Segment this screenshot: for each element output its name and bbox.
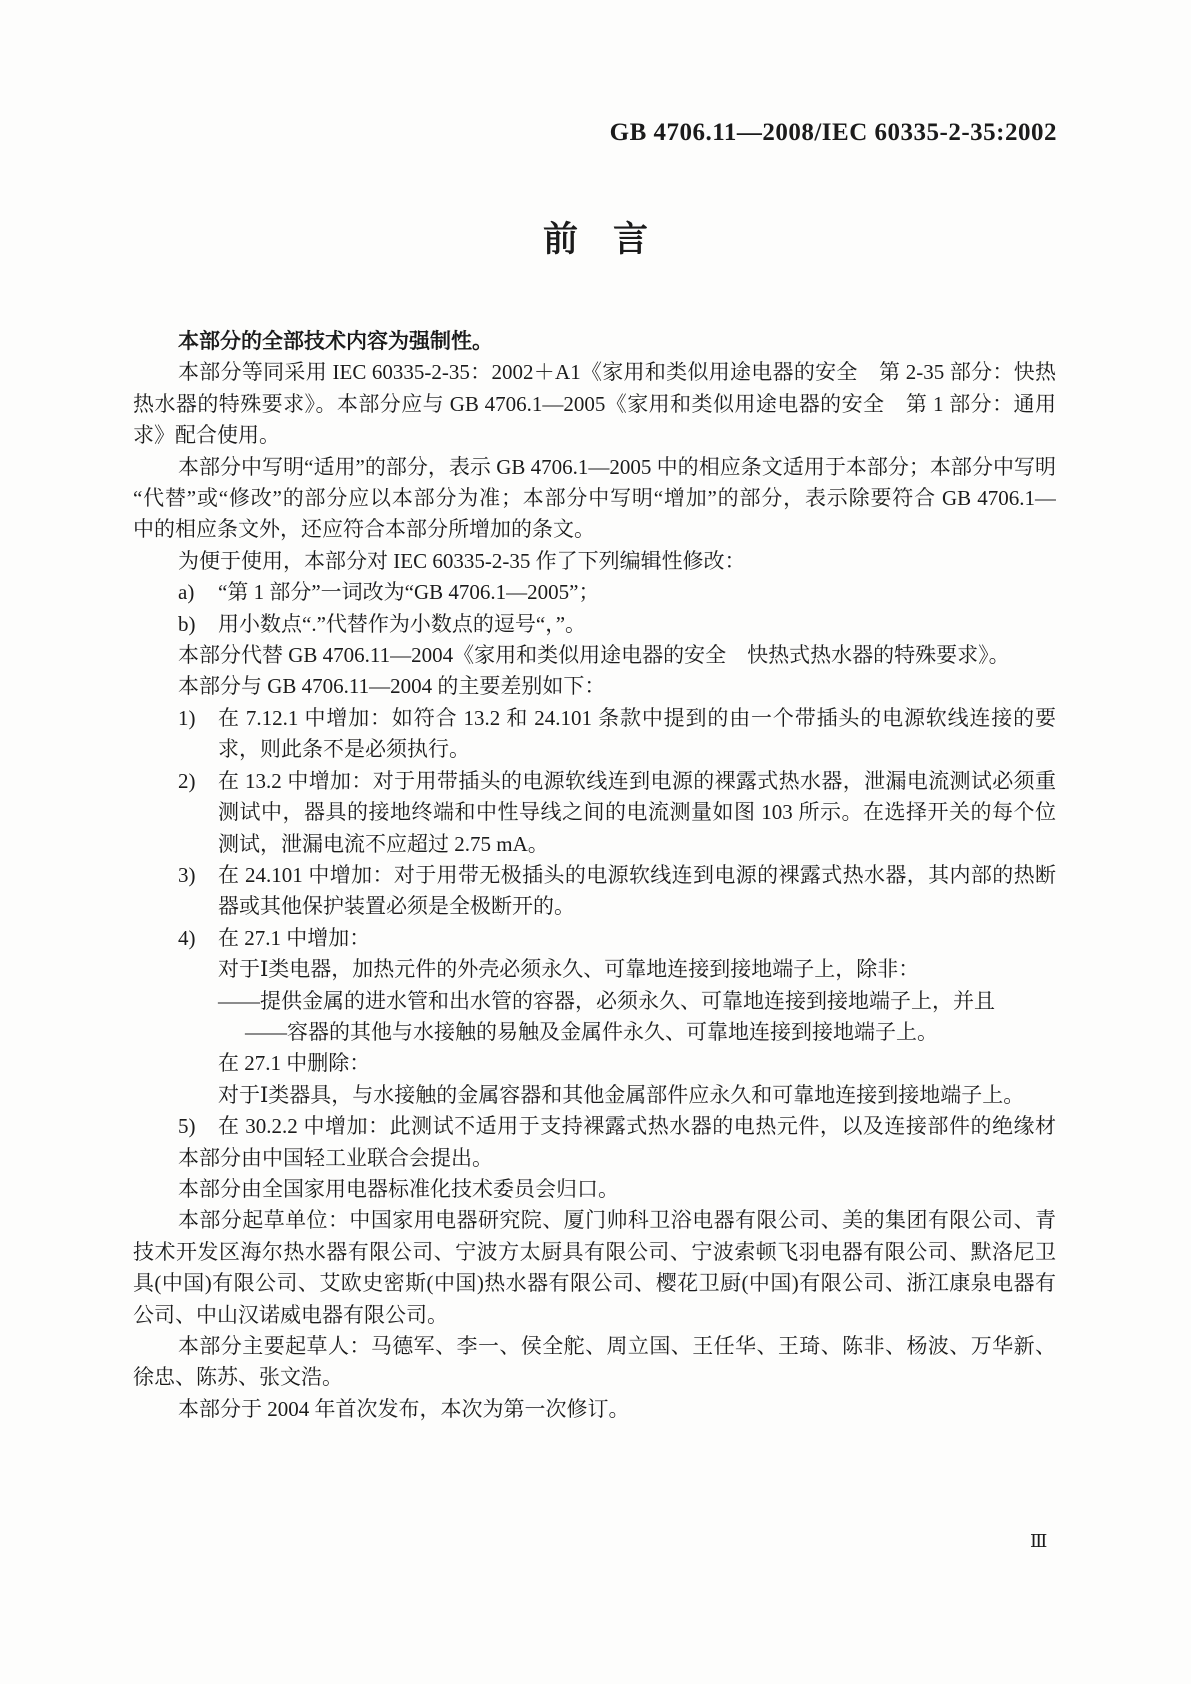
line-text: 本部分代替 GB 4706.11—2004《家用和类似用途电器的安全 快热式热水…: [178, 643, 1010, 667]
page-number: Ⅲ: [1030, 1530, 1047, 1552]
text-line: 本部分由全国家用电器标准化技术委员会归口。: [133, 1174, 1056, 1205]
line-text: ——提供金属的进水管和出水管的容器，必须永久、可靠地连接到接地端子上，并且: [218, 989, 995, 1013]
text-line: 对于Ⅰ类电器，加热元件的外壳必须永久、可靠地连接到接地端子上，除非：: [133, 954, 1056, 985]
document-page: GB 4706.11—2008/IEC 60335-2-35:2002 前 言 …: [0, 0, 1191, 1684]
list-marker: 5): [178, 1111, 196, 1142]
line-text: 本部分由中国轻工业联合会提出。: [178, 1146, 493, 1170]
list-marker: 1): [178, 703, 196, 734]
line-text: 中的相应条文外，还应符合本部分所增加的条文。: [133, 517, 595, 541]
line-text: 测试中，器具的接地终端和中性导线之间的电流测量如图 103 所示。在选择开关的每…: [218, 800, 1056, 828]
text-line: 对于Ⅰ类器具，与水接触的金属容器和其他金属部件应永久和可靠地连接到接地端子上。: [133, 1080, 1056, 1111]
line-text: “代替”或“修改”的部分应以本部分为准；本部分中写明“增加”的部分，表示除要符合…: [133, 486, 1056, 514]
standard-code: GB 4706.11—2008/IEC 60335-2-35:2002: [610, 118, 1057, 148]
text-line: 求》配合使用。: [133, 420, 1056, 451]
line-text: 热水器的特殊要求》。本部分应与 GB 4706.1—2005《家用和类似用途电器…: [133, 392, 1056, 420]
line-text: ——容器的其他与水接触的易触及金属件永久、可靠地连接到接地端子上。: [245, 1020, 938, 1044]
text-line: 本部分代替 GB 4706.11—2004《家用和类似用途电器的安全 快热式热水…: [133, 640, 1056, 671]
text-line: ——提供金属的进水管和出水管的容器，必须永久、可靠地连接到接地端子上，并且: [133, 986, 1056, 1017]
line-text: 器或其他保护装置必须是全极断开的。: [218, 894, 575, 918]
text-line: 1)在 7.12.1 中增加：如符合 13.2 和 24.101 条款中提到的由…: [133, 703, 1056, 734]
text-line: 本部分起草单位：中国家用电器研究院、厦门帅科卫浴电器有限公司、美的集团有限公司、…: [133, 1205, 1056, 1236]
line-text: 本部分中写明“适用”的部分，表示 GB 4706.1—2005 中的相应条文适用…: [178, 455, 1056, 479]
text-line: 本部分于 2004 年首次发布，本次为第一次修订。: [133, 1394, 1056, 1425]
text-line: 测试，泄漏电流不应超过 2.75 mA。: [133, 829, 1056, 860]
line-text: 在 27.1 中增加：: [218, 926, 370, 950]
line-text: 本部分的全部技术内容为强制性。: [178, 330, 493, 353]
text-line: 本部分的全部技术内容为强制性。: [133, 326, 1056, 357]
list-marker: a): [178, 577, 194, 608]
line-text: 测试，泄漏电流不应超过 2.75 mA。: [218, 832, 549, 856]
list-marker: 2): [178, 766, 196, 797]
line-text: 本部分由全国家用电器标准化技术委员会归口。: [178, 1177, 619, 1201]
text-line: 测试中，器具的接地终端和中性导线之间的电流测量如图 103 所示。在选择开关的每…: [133, 797, 1056, 828]
line-text: 用小数点“.”代替作为小数点的逗号“，”。: [218, 612, 586, 636]
line-text: 具(中国)有限公司、艾欧史密斯(中国)热水器有限公司、樱花卫厨(中国)有限公司、…: [133, 1271, 1056, 1299]
line-text: 求》配合使用。: [133, 423, 280, 447]
text-line: 本部分等同采用 IEC 60335-2-35：2002＋A1《家用和类似用途电器…: [133, 357, 1056, 388]
line-text: 为便于使用，本部分对 IEC 60335-2-35 作了下列编辑性修改：: [178, 549, 746, 573]
text-line: 在 27.1 中删除：: [133, 1048, 1056, 1079]
line-text: 在 24.101 中增加：对于用带无极插头的电源软线连到电源的裸露式热水器，其内…: [218, 863, 1056, 891]
text-line: 热水器的特殊要求》。本部分应与 GB 4706.1—2005《家用和类似用途电器…: [133, 389, 1056, 420]
text-line: 本部分主要起草人：马德军、李一、侯全舵、周立国、王任华、王琦、陈非、杨波、万华新…: [133, 1331, 1056, 1362]
text-line: 具(中国)有限公司、艾欧史密斯(中国)热水器有限公司、樱花卫厨(中国)有限公司、…: [133, 1268, 1056, 1299]
text-line: 器或其他保护装置必须是全极断开的。: [133, 891, 1056, 922]
line-text: 在 27.1 中删除：: [218, 1051, 370, 1075]
line-text: 本部分主要起草人：马德军、李一、侯全舵、周立国、王任华、王琦、陈非、杨波、万华新…: [178, 1334, 1056, 1362]
text-line: 3)在 24.101 中增加：对于用带无极插头的电源软线连到电源的裸露式热水器，…: [133, 860, 1056, 891]
text-line: 2)在 13.2 中增加：对于用带插头的电源软线连到电源的裸露式热水器，泄漏电流…: [133, 766, 1056, 797]
text-line: ——容器的其他与水接触的易触及金属件永久、可靠地连接到接地端子上。: [133, 1017, 1056, 1048]
text-line: a)“第 1 部分”一词改为“GB 4706.1—2005”；: [133, 577, 1056, 608]
line-text: 本部分与 GB 4706.11—2004 的主要差别如下：: [178, 674, 605, 698]
list-marker: 3): [178, 860, 196, 891]
foreword-title: 前 言: [0, 220, 1191, 260]
line-text: 在 13.2 中增加：对于用带插头的电源软线连到电源的裸露式热水器，泄漏电流测试…: [218, 769, 1056, 797]
text-line: 为便于使用，本部分对 IEC 60335-2-35 作了下列编辑性修改：: [133, 546, 1056, 577]
line-text: 求，则此条不是必须执行。: [218, 737, 470, 761]
text-line: 徐忠、陈苏、张文浩。: [133, 1362, 1056, 1393]
line-text: 公司、中山汉诺威电器有限公司。: [133, 1303, 448, 1327]
line-text: “第 1 部分”一词改为“GB 4706.1—2005”；: [218, 580, 599, 604]
text-line: 求，则此条不是必须执行。: [133, 734, 1056, 765]
text-line: 5)在 30.2.2 中增加：此测试不适用于支持裸露式热水器的电热元件，以及连接…: [133, 1111, 1056, 1142]
document-body: 本部分的全部技术内容为强制性。本部分等同采用 IEC 60335-2-35：20…: [133, 326, 1056, 1425]
text-line: “代替”或“修改”的部分应以本部分为准；本部分中写明“增加”的部分，表示除要符合…: [133, 483, 1056, 514]
line-text: 本部分等同采用 IEC 60335-2-35：2002＋A1《家用和类似用途电器…: [178, 360, 1056, 388]
list-marker: b): [178, 609, 196, 640]
line-text: 对于Ⅰ类器具，与水接触的金属容器和其他金属部件应永久和可靠地连接到接地端子上。: [218, 1083, 1024, 1107]
text-line: 中的相应条文外，还应符合本部分所增加的条文。: [133, 514, 1056, 545]
text-line: 公司、中山汉诺威电器有限公司。: [133, 1300, 1056, 1331]
line-text: 在 30.2.2 中增加：此测试不适用于支持裸露式热水器的电热元件，以及连接部件…: [218, 1114, 1056, 1142]
text-line: 4)在 27.1 中增加：: [133, 923, 1056, 954]
text-line: 本部分中写明“适用”的部分，表示 GB 4706.1—2005 中的相应条文适用…: [133, 452, 1056, 483]
text-line: 技术开发区海尔热水器有限公司、宁波方太厨具有限公司、宁波索顿飞羽电器有限公司、默…: [133, 1237, 1056, 1268]
line-text: 对于Ⅰ类电器，加热元件的外壳必须永久、可靠地连接到接地端子上，除非：: [218, 957, 919, 981]
line-text: 本部分于 2004 年首次发布，本次为第一次修订。: [178, 1397, 630, 1421]
line-text: 徐忠、陈苏、张文浩。: [133, 1365, 343, 1389]
list-marker: 4): [178, 923, 196, 954]
line-text: 本部分起草单位：中国家用电器研究院、厦门帅科卫浴电器有限公司、美的集团有限公司、…: [178, 1208, 1056, 1236]
text-line: 本部分由中国轻工业联合会提出。: [133, 1143, 1056, 1174]
line-text: 在 7.12.1 中增加：如符合 13.2 和 24.101 条款中提到的由一个…: [218, 706, 1056, 730]
line-text: 技术开发区海尔热水器有限公司、宁波方太厨具有限公司、宁波索顿飞羽电器有限公司、默…: [133, 1240, 1056, 1268]
text-line: b)用小数点“.”代替作为小数点的逗号“，”。: [133, 609, 1056, 640]
text-line: 本部分与 GB 4706.11—2004 的主要差别如下：: [133, 671, 1056, 702]
